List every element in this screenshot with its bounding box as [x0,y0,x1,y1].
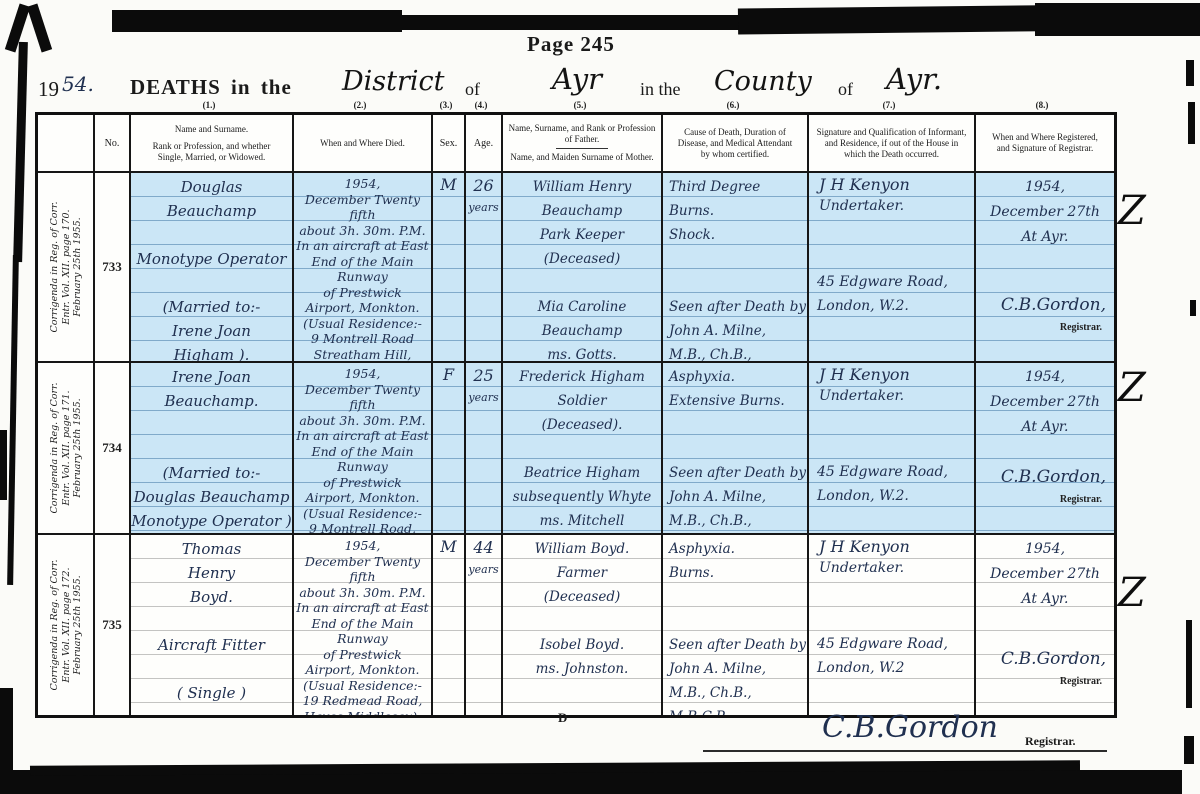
sex-cell-733: M [433,173,466,363]
registrar-label: Registrar. [1060,494,1102,505]
died-text: 1954, December Twenty fifth about 3h. 30… [294,363,431,535]
header-father: Name, Surname, and Rank or Profession of… [509,123,656,145]
header-parents: Name, Surname, and Rank or Profession of… [503,115,663,173]
column-number-4: (4.) [475,100,488,110]
of-label: of [465,79,480,100]
register-table: No. Name and Surname. Rank or Profession… [35,112,1117,718]
scan-artifact-right-speck [1186,60,1194,86]
sex-cell-734: F [433,363,466,535]
sex-value: M [433,173,464,194]
scan-artifact-right-speck [1190,300,1196,316]
header-died: When and Where Died. [294,115,433,173]
column-number-2: (2.) [354,100,367,110]
scan-artifact-top-band [112,10,402,32]
header-mother: Name, and Maiden Surname of Mother. [510,152,653,163]
margin-note-cell-735: Corrigenda in Reg. of Corr. Entr. Vol. X… [38,535,95,715]
registered-cell-733: 1954, December 27th At Ayr. C.B.Gordon, … [976,173,1114,363]
registered-text: 1954, December 27th At Ayr. [976,537,1114,612]
column-number-7: (7.) [883,100,896,110]
column-number-6: (6.) [727,100,740,110]
parents-cell-733: William Henry Beauchamp Park Keeper (Dec… [503,173,663,363]
informant-address: 45 Edgware Road, London, W.2. [817,270,948,318]
name-cell-734: Irene Joan Beauchamp. (Married to:- Doug… [131,363,294,535]
entry-number-733: 733 [95,173,131,363]
informant-cell-734: J H Kenyon Undertaker. 45 Edgware Road, … [809,363,976,535]
header-divider [556,148,608,149]
informant-signature: J H Kenyon [819,537,910,556]
year-handwritten: 54. [62,72,94,96]
header-no-label: No. [105,138,120,149]
informant-cell-735: J H Kenyon Undertaker. 45 Edgware Road, … [809,535,976,715]
informant-address: 45 Edgware Road, London, W.2. [817,460,948,508]
age-cell-734: 25years [466,363,503,535]
margin-note-cell-733: Corrigenda in Reg. of Corr. Entr. Vol. X… [38,173,95,363]
registered-text: 1954, December 27th At Ayr. [976,175,1114,250]
header-margin-cell [38,115,95,173]
header-cause-label: Cause of Death, Duration of Disease, and… [678,127,792,160]
scan-artifact-top-band [1035,3,1200,36]
cause-cell-735: Asphyxia. Burns. Seen after Death by Joh… [663,535,809,715]
age-value: 25 [466,363,501,387]
page-registrar-label: Registrar. [1025,734,1076,749]
name-cell-735: Thomas Henry Boyd. Aircraft Fitter ( Sin… [131,535,294,715]
registrar-signature: C.B.Gordon, [1001,649,1106,669]
informant-address: 45 Edgware Road, London, W.2 [817,632,948,680]
column-number-1: (1.) [203,100,216,110]
header-informant: Signature and Qualification of Informant… [809,115,976,173]
signature-underline [703,750,1107,752]
header-name: Name and Surname. Rank or Profession, an… [131,115,294,173]
informant-signature: J H Kenyon [819,365,910,384]
column-number-3: (3.) [440,100,453,110]
header-sex: Sex. [433,115,466,173]
scan-artifact-left-blob [0,430,7,500]
age-value: 44 [466,535,501,559]
margin-z-mark: Z [1118,188,1146,234]
sex-value: M [433,535,464,556]
header-died-label: When and Where Died. [320,138,405,149]
cause-cell-734: Asphyxia. Extensive Burns. Seen after De… [663,363,809,535]
scan-artifact-left-strip [7,255,19,585]
header-name-bottom: Rank or Profession, and whether Single, … [153,141,271,163]
registered-text: 1954, December 27th At Ayr. [976,365,1114,440]
corrigenda-note: Corrigenda in Reg. of Corr. Entr. Vol. X… [48,179,83,355]
scan-artifact-left-strip [13,42,28,262]
death-register-scan: Page 245 19 54. DEATHS in the District o… [0,0,1200,794]
margin-note-cell-734: Corrigenda in Reg. of Corr. Entr. Vol. X… [38,363,95,535]
cause-cell-733: Third Degree Burns. Shock. Seen after De… [663,173,809,363]
corrigenda-note: Corrigenda in Reg. of Corr. Entr. Vol. X… [48,537,83,713]
age-cell-735: 44years [466,535,503,715]
header-age-label: Age. [474,138,493,149]
entry-number-734: 734 [95,363,131,535]
of-label: of [838,79,853,100]
deaths-heading: DEATHS in the [130,75,292,100]
section-d-mark: D [558,710,567,726]
district-value-handwritten: Ayr [552,62,602,96]
name-text: Douglas Beauchamp Monotype Operator (Mar… [131,173,292,363]
page-number-label: Page 245 [527,32,615,57]
informant-signature: J H Kenyon [819,175,910,194]
district-word-handwritten: District [342,66,445,97]
age-unit: years [466,387,501,409]
registered-cell-734: 1954, December 27th At Ayr. C.B.Gordon, … [976,363,1114,535]
registrar-label: Registrar. [1060,322,1102,333]
parents-text: Frederick Higham Soldier (Deceased). Bea… [503,363,661,533]
died-cell-733: 1954, December Twenty fifth about 3h. 30… [294,173,433,363]
registrar-signature: C.B.Gordon, [1001,295,1106,315]
died-text: 1954, December Twenty fifth about 3h. 30… [294,173,431,363]
margin-z-mark: Z [1118,365,1146,411]
header-name-top: Name and Surname. [175,124,248,135]
header-no: No. [95,115,131,173]
died-cell-735: 1954, December Twenty fifth about 3h. 30… [294,535,433,715]
margin-z-mark: Z [1118,570,1146,616]
scan-artifact-right-speck [1188,102,1195,144]
informant-role: Undertaker. [819,198,904,214]
died-cell-734: 1954, December Twenty fifth about 3h. 30… [294,363,433,535]
age-unit: years [466,559,501,581]
county-word-handwritten: County [714,66,812,97]
scan-artifact-right-speck [1184,736,1194,764]
parents-cell-734: Frederick Higham Soldier (Deceased). Bea… [503,363,663,535]
header-registered-label: When and Where Registered, and Signature… [992,132,1098,154]
died-text: 1954, December Twenty fifth about 3h. 30… [294,535,431,715]
year-printed: 19 [38,77,59,102]
name-text: Thomas Henry Boyd. Aircraft Fitter ( Sin… [131,535,292,705]
name-text: Irene Joan Beauchamp. (Married to:- Doug… [131,363,292,533]
header-age: Age. [466,115,503,173]
parents-text: William Henry Beauchamp Park Keeper (Dec… [503,173,661,363]
parents-cell-735: William Boyd. Farmer (Deceased) Isobel B… [503,535,663,715]
cause-text: Asphyxia. Burns. Seen after Death by Joh… [663,535,807,715]
cause-text: Third Degree Burns. Shock. Seen after De… [663,173,807,363]
age-cell-733: 26years [466,173,503,363]
name-cell-733: Douglas Beauchamp Monotype Operator (Mar… [131,173,294,363]
county-value-handwritten: Ayr. [886,62,942,96]
informant-role: Undertaker. [819,388,904,404]
scan-artifact-right-speck [1186,620,1192,708]
cause-text: Asphyxia. Extensive Burns. Seen after De… [663,363,807,535]
column-number-8: (8.) [1036,100,1049,110]
header-sex-label: Sex. [440,138,458,149]
corrigenda-note: Corrigenda in Reg. of Corr. Entr. Vol. X… [48,363,83,535]
header-cause: Cause of Death, Duration of Disease, and… [663,115,809,173]
sex-value: F [433,363,464,384]
age-unit: years [466,197,501,219]
sex-cell-735: M [433,535,466,715]
scan-artifact-top-band [395,15,745,30]
informant-role: Undertaker. [819,560,904,576]
header-informant-label: Signature and Qualification of Informant… [817,127,967,160]
registrar-signature: C.B.Gordon, [1001,467,1106,487]
parents-text: William Boyd. Farmer (Deceased) Isobel B… [503,535,661,681]
informant-cell-733: J H Kenyon Undertaker. 45 Edgware Road, … [809,173,976,363]
scan-artifact-v-mark [27,3,52,52]
age-value: 26 [466,173,501,197]
registrar-label: Registrar. [1060,676,1102,687]
entry-number-735: 735 [95,535,131,715]
in-the-label: in the [640,79,681,100]
column-number-5: (5.) [574,100,587,110]
header-registered: When and Where Registered, and Signature… [976,115,1114,173]
registered-cell-735: 1954, December 27th At Ayr. C.B.Gordon, … [976,535,1114,715]
